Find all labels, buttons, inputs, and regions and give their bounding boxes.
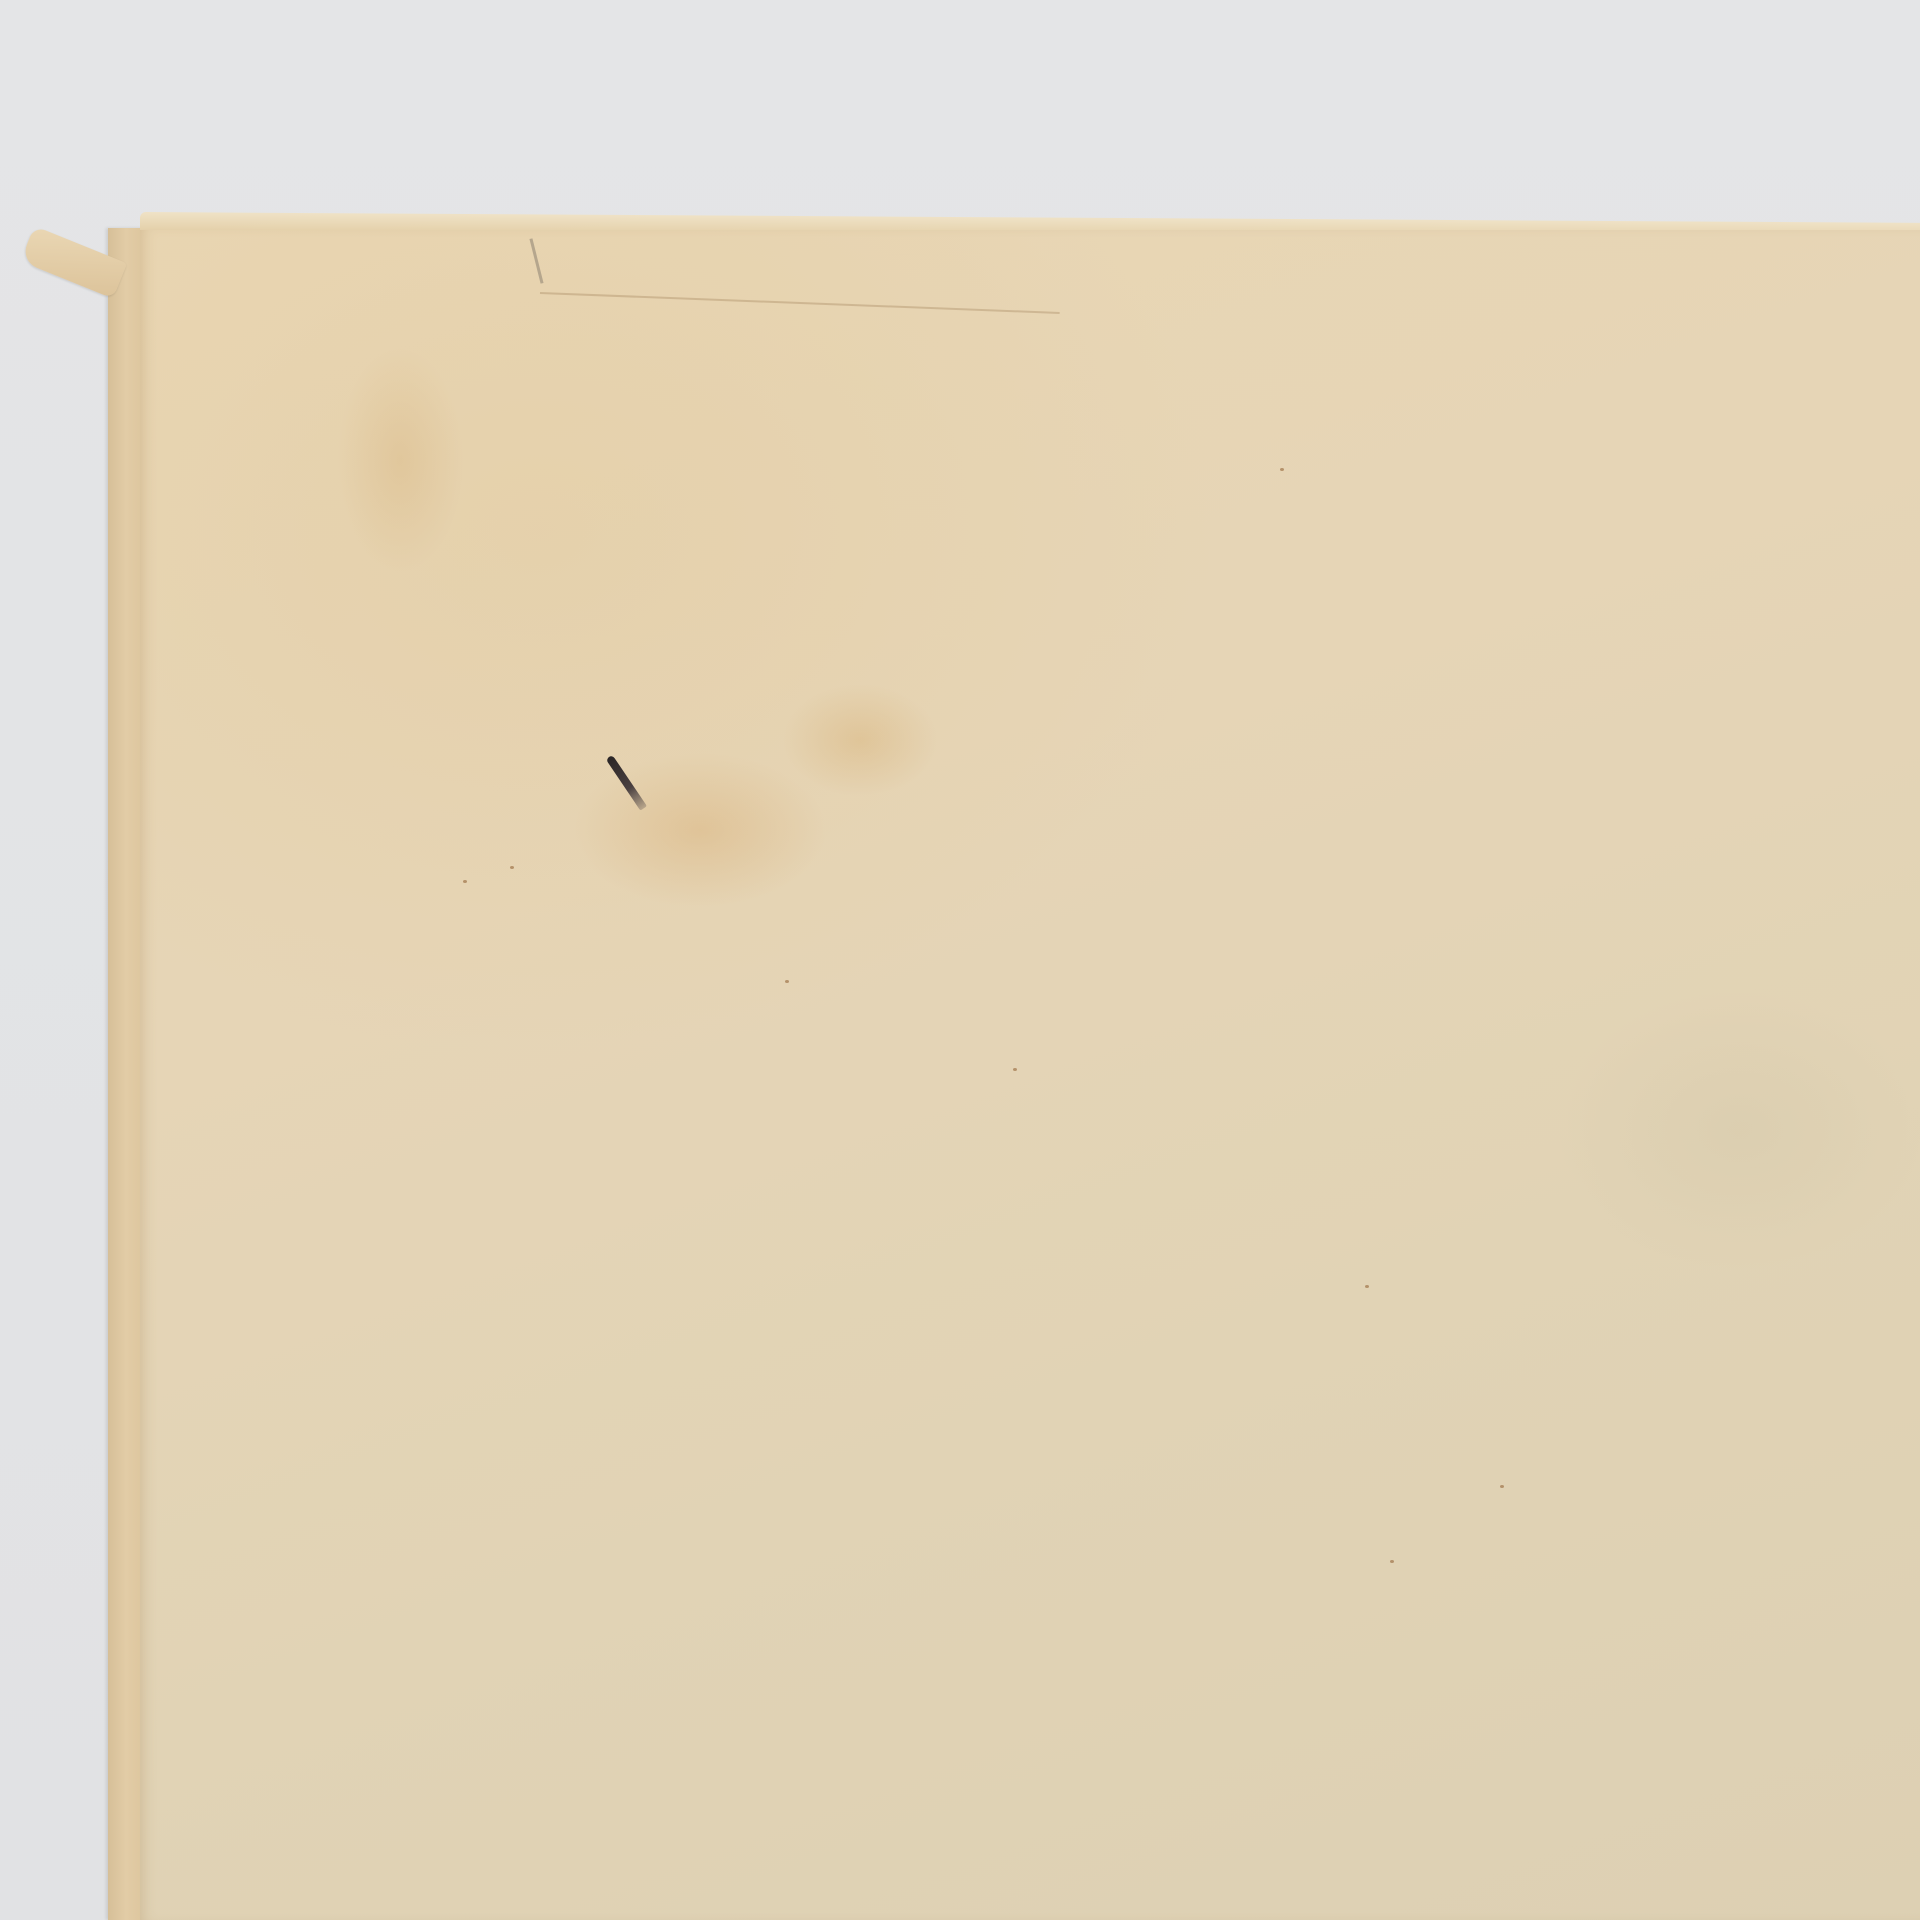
edge-scratch — [540, 292, 1060, 314]
speck — [1500, 1485, 1504, 1488]
aged-paper-sheet — [140, 230, 1920, 1920]
speck — [1365, 1285, 1369, 1288]
speck — [463, 880, 467, 883]
speck — [785, 980, 789, 983]
edge-scratch-mark — [529, 238, 543, 283]
speck — [1390, 1560, 1394, 1563]
photo-scene — [0, 0, 1920, 1920]
speck — [1013, 1068, 1017, 1071]
speck — [1280, 468, 1284, 471]
speck — [510, 866, 514, 869]
